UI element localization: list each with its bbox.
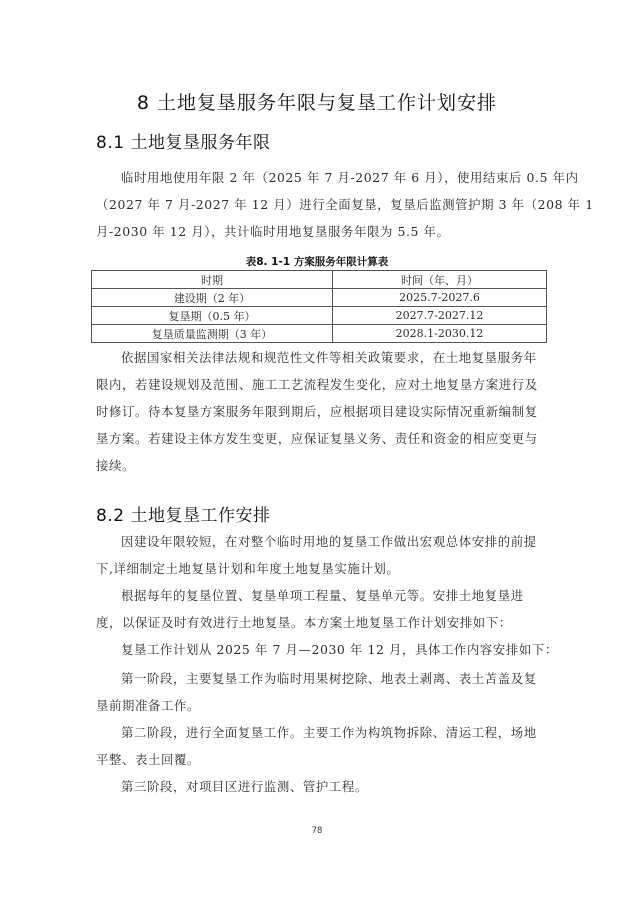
text-line: 月-2030 年 12 月），共计临时用地复垦服务年限为 5.5 年。 <box>96 218 542 245</box>
text-line: 接续。 <box>96 452 542 479</box>
text-line: 下,详细制定土地复垦计划和年度土地复垦实施计划。 <box>96 555 542 582</box>
text-line: 限内，若建设规划及范围、施工工艺流程发生变化，应对土地复垦方案进行及 <box>96 371 542 398</box>
table-caption: 表8. 1-1 方案服务年限计算表 <box>0 254 634 269</box>
page-number: 78 <box>0 826 634 836</box>
table-header-row: 时期 时间（年、月） <box>92 271 547 289</box>
paragraph-stage-3: 第三阶段，对项目区进行监测、管护工程。 <box>96 773 542 800</box>
paragraph-stage-1: 第一阶段，主要复垦工作为临时用果树挖除、地表土剥离、表土苫盖及复 垦前期准备工作… <box>96 665 542 719</box>
table-cell: 2028.1-2030.12 <box>333 325 547 343</box>
paragraph-service-years: 临时用地使用年限 2 年（2025 年 7 月-2027 年 6 月），使用结束… <box>96 164 542 245</box>
text-line: （2027 年 7 月-2027 年 12 月）进行全面复垦，复垦后监测管护期 … <box>96 191 542 218</box>
text-line: 依据国家相关法律法规和规范性文件等相关政策要求，在土地复垦服务年 <box>96 344 542 371</box>
table-cell: 复垦质量监测期（3 年） <box>92 325 333 343</box>
paragraph-schedule-basis: 根据每年的复垦位置、复垦单项工程量、复垦单元等。安排土地复垦进 度，以保证及时有… <box>96 582 542 636</box>
column-header-period: 时期 <box>92 271 333 289</box>
table-cell: 建设期（2 年） <box>92 289 333 307</box>
text-line: 时修订。待本复垦方案服务年限到期后，应根据项目建设实际情况重新编制复 <box>96 398 542 425</box>
paragraph-schedule-range: 复垦工作计划从 2025 年 7 月—2030 年 12 月，具体工作内容安排如… <box>96 636 542 663</box>
text-line: 复垦工作计划从 2025 年 7 月—2030 年 12 月，具体工作内容安排如… <box>96 636 542 663</box>
text-line: 平整、表土回覆。 <box>96 746 542 773</box>
text-line: 度，以保证及时有效进行土地复垦。本方案土地复垦工作计划安排如下： <box>96 609 542 636</box>
section-title-8-2: 8.2 土地复垦工作安排 <box>96 501 270 526</box>
chapter-title: 8 土地复垦服务年限与复垦工作计划安排 <box>0 88 634 115</box>
table-row: 建设期（2 年） 2025.7-2027.6 <box>92 289 547 307</box>
section-title-8-1: 8.1 土地复垦服务年限 <box>96 128 270 153</box>
text-line: 根据每年的复垦位置、复垦单项工程量、复垦单元等。安排土地复垦进 <box>96 582 542 609</box>
table-cell: 复垦期（0.5 年） <box>92 307 333 325</box>
text-line: 因建设年限较短，在对整个临时用地的复垦工作做出宏观总体安排的前提 <box>96 528 542 555</box>
text-line: 第一阶段，主要复垦工作为临时用果树挖除、地表土剥离、表土苫盖及复 <box>96 665 542 692</box>
document-page: 8 土地复垦服务年限与复垦工作计划安排 8.1 土地复垦服务年限 临时用地使用年… <box>0 0 634 897</box>
paragraph-regulation: 依据国家相关法律法规和规范性文件等相关政策要求，在土地复垦服务年 限内，若建设规… <box>96 344 542 479</box>
service-years-table: 时期 时间（年、月） 建设期（2 年） 2025.7-2027.6 复垦期（0.… <box>91 270 547 343</box>
paragraph-stage-2: 第二阶段，进行全面复垦工作。主要工作为构筑物拆除、清运工程，场地 平整、表土回覆… <box>96 719 542 773</box>
column-header-time: 时间（年、月） <box>333 271 547 289</box>
paragraph-overall-plan: 因建设年限较短，在对整个临时用地的复垦工作做出宏观总体安排的前提 下,详细制定土… <box>96 528 542 582</box>
text-line: 垦方案。若建设主体方发生变更，应保证复垦义务、责任和资金的相应变更与 <box>96 425 542 452</box>
table-cell: 2027.7-2027.12 <box>333 307 547 325</box>
text-line: 临时用地使用年限 2 年（2025 年 7 月-2027 年 6 月），使用结束… <box>96 164 542 191</box>
text-line: 第二阶段，进行全面复垦工作。主要工作为构筑物拆除、清运工程，场地 <box>96 719 542 746</box>
text-line: 第三阶段，对项目区进行监测、管护工程。 <box>96 773 542 800</box>
table-row: 复垦期（0.5 年） 2027.7-2027.12 <box>92 307 547 325</box>
table-row: 复垦质量监测期（3 年） 2028.1-2030.12 <box>92 325 547 343</box>
text-line: 垦前期准备工作。 <box>96 692 542 719</box>
table-cell: 2025.7-2027.6 <box>333 289 547 307</box>
